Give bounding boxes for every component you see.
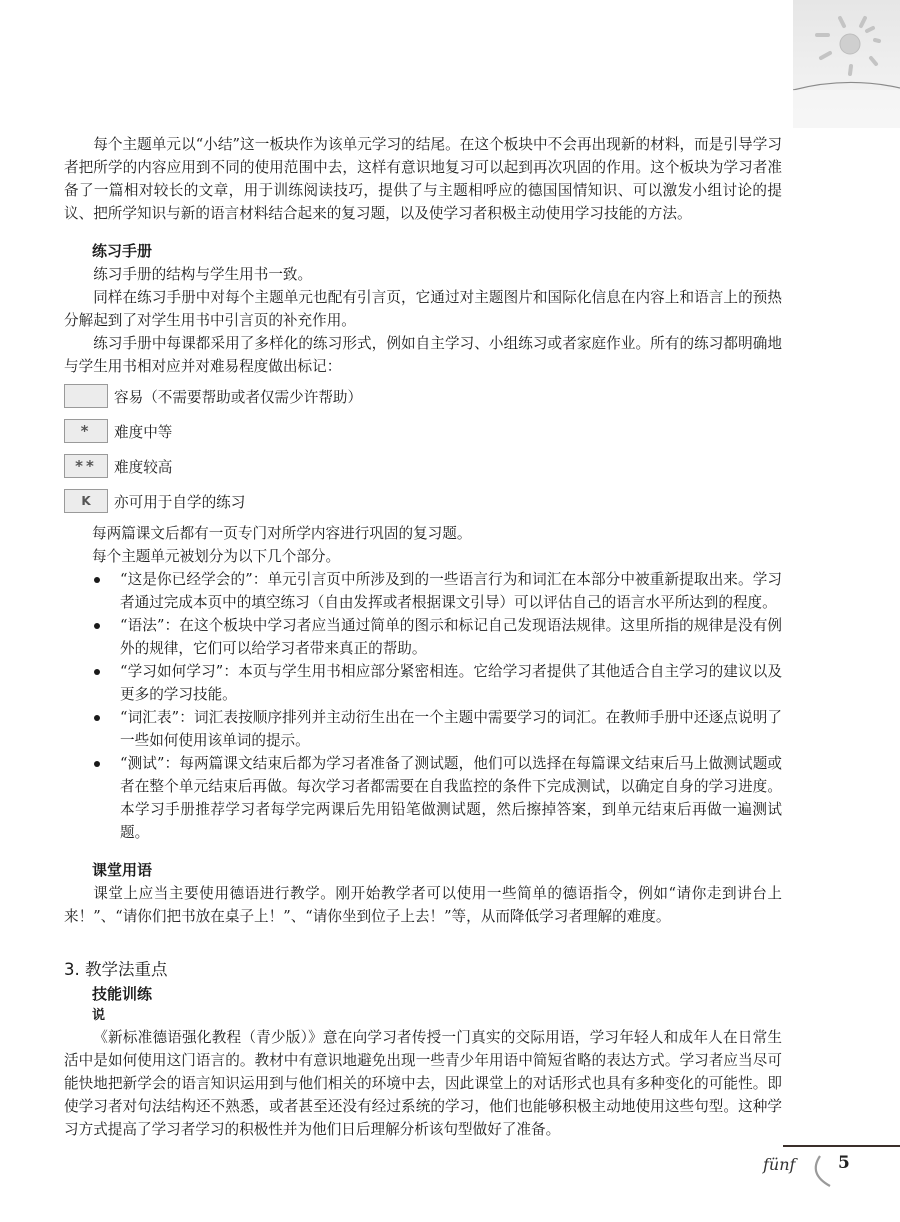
- sun-icon: [793, 0, 900, 128]
- k-marker-icon: K: [64, 489, 108, 513]
- easy-marker-box: [64, 384, 108, 408]
- page-word: fünf: [763, 1155, 795, 1174]
- list-item: “这是你已经学会的”：单元引言页中所涉及到的一些语言行为和词汇在本部分中被重新提…: [64, 568, 782, 614]
- page-number: 5: [838, 1153, 850, 1173]
- intro-paragraph: 每个主题单元以“小结”这一板块作为该单元学习的结尾。在这个板块中不会再出现新的材…: [64, 133, 782, 225]
- legend-label: 容易（不需要帮助或者仅需少许帮助）: [114, 386, 362, 407]
- asterisk-icon: *: [64, 419, 108, 443]
- sun-illustration: [793, 0, 900, 128]
- workbook-heading: 练习手册: [64, 239, 782, 263]
- list-item: “测试”：每两篇课文结束后都为学习者准备了测试题，他们可以选择在每篇课文结束后马…: [64, 752, 782, 844]
- legend-row-medium: * 难度中等: [64, 417, 782, 445]
- list-item: “语法”：在这个板块中学习者应当通过简单的图示和标记自己发现语法规律。这里所指的…: [64, 614, 782, 660]
- legend-row-easy: 容易（不需要帮助或者仅需少许帮助）: [64, 382, 782, 410]
- list-item: “学习如何学习”：本页与学生用书相应部分紧密相连。它给学习者提供了其他适合自主学…: [64, 660, 782, 706]
- classroom-heading: 课堂用语: [64, 858, 782, 882]
- difficulty-legend: 容易（不需要帮助或者仅需少许帮助） * 难度中等 ** 难度较高 K 亦可用于自…: [64, 382, 782, 515]
- review-line-1: 每两篇课文后都有一页专门对所学内容进行巩固的复习题。: [64, 522, 782, 545]
- review-line-2: 每个主题单元被划分为以下几个部分。: [64, 545, 782, 568]
- legend-label: 难度较高: [114, 456, 172, 477]
- legend-label: 亦可用于自学的练习: [114, 491, 245, 512]
- workbook-para-2: 同样在练习手册中对每个主题单元也配有引言页，它通过对主题图片和国际化信息在内容上…: [64, 286, 782, 332]
- speaking-para: 《新标准德语强化教程（青少版）》意在向学习者传授一门真实的交际用语，学习年轻人和…: [64, 1026, 782, 1141]
- legend-row-self-study: K 亦可用于自学的练习: [64, 487, 782, 515]
- workbook-para-3: 练习手册中每课都采用了多样化的练习形式，例如自主学习、小组练习或者家庭作业。所有…: [64, 332, 782, 378]
- skills-heading: 技能训练: [64, 982, 782, 1006]
- footer-rule: [783, 1145, 900, 1147]
- page-content: 每个主题单元以“小结”这一板块作为该单元学习的结尾。在这个板块中不会再出现新的材…: [64, 0, 782, 1141]
- unit-parts-list: “这是你已经学会的”：单元引言页中所涉及到的一些语言行为和词汇在本部分中被重新提…: [64, 568, 782, 844]
- section-title: 3. 教学法重点: [64, 958, 782, 982]
- classroom-para: 课堂上应当主要使用德语进行教学。刚开始教学者可以使用一些简单的德语指令，例如“请…: [64, 882, 782, 928]
- legend-label: 难度中等: [114, 421, 172, 442]
- list-item: “词汇表”：词汇表按顺序排列并主动衍生出在一个主题中需要学习的词汇。在教师手册中…: [64, 706, 782, 752]
- double-asterisk-icon: **: [64, 454, 108, 478]
- workbook-para-1: 练习手册的结构与学生用书一致。: [64, 263, 782, 286]
- speaking-subheading: 说: [64, 1006, 782, 1026]
- legend-row-hard: ** 难度较高: [64, 452, 782, 480]
